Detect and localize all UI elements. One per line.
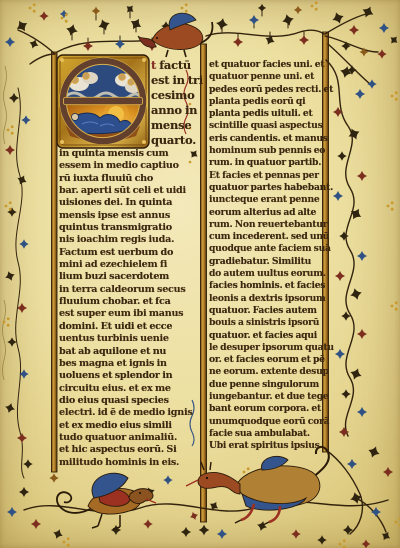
manuscript-text-line: quatuor partes habebant.: [209, 182, 323, 194]
manuscript-text-line: cesimo: [151, 88, 197, 103]
manuscript-text-line: or. et facies eorum et pē: [209, 354, 323, 366]
manuscript-text-line: rum. in quatuor partib.: [209, 157, 323, 169]
manuscript-text-line: due penne singulorum: [209, 379, 323, 391]
figure-head: [72, 114, 79, 121]
manuscript-text-line: bant eorum corpora. et: [209, 403, 323, 415]
manuscript-text-line: bat ab aquilone et nu: [59, 346, 197, 358]
left-border-vine: [3, 88, 33, 478]
manuscript-text-line: t factū: [151, 58, 197, 73]
left-column-bar: [52, 52, 58, 472]
manuscript-text-line: uentus turbinis uenie: [59, 333, 197, 345]
manuscript-text-line: bar. aperti sūt celi et uidi: [59, 185, 197, 197]
right-border-vine: [326, 60, 398, 437]
manuscript-text-line: rum. Non reuertebantur: [209, 219, 323, 231]
manuscript-text-line: iuncteque erant penne: [209, 194, 323, 206]
manuscript-page: E t factūest in tricesimoanno inmensequa…: [0, 0, 400, 548]
manuscript-text-line: uoluens et splendor in: [59, 370, 197, 382]
manuscript-text-line: planta pedis eorū qi: [209, 96, 323, 108]
manuscript-text-line: est super eum ibi manus: [59, 308, 197, 320]
right-column-bar: [323, 32, 329, 452]
bottom-left-dragon: [57, 473, 156, 529]
manuscript-text-line: et ex medio eius simili: [59, 420, 197, 432]
manuscript-text-line: quodque ante faciem suā: [209, 243, 323, 255]
manuscript-text-line: facie sua ambulabat.: [209, 428, 323, 440]
manuscript-text-line: in terra caldeorum secus: [59, 284, 197, 296]
manuscript-text-line: est in tri: [151, 73, 197, 88]
manuscript-text-line: uisiones dei. In quinta: [59, 197, 197, 209]
manuscript-text-line: tudo quatuor animaliū.: [59, 432, 197, 444]
manuscript-text-line: lium buzi sacerdotem: [59, 271, 197, 283]
manuscript-text-line: bouis a sinistris ipsorū: [209, 317, 323, 329]
manuscript-text-line: fluuium chobar. et fca: [59, 296, 197, 308]
manuscript-text-line: mini ad ezechielem fi: [59, 259, 197, 271]
bottom-right-dragon: [186, 447, 329, 525]
manuscript-text-line: et hic aspectus eorū. Si: [59, 444, 197, 456]
column1-opening-lines: t factūest in tricesimoanno inmensequart…: [151, 58, 197, 149]
manuscript-text-line: Factum est uerbum do: [59, 247, 197, 259]
manuscript-text-line: hominum sub pennis eo: [209, 145, 323, 157]
bottom-right-corner-vine: [326, 444, 400, 548]
manuscript-text-line: circuitu eius. et ex me: [59, 383, 197, 395]
manuscript-text-line: Ubi erat spiritus ipsius.: [209, 440, 323, 452]
manuscript-text-line: gradiebatur. Similitu: [209, 256, 323, 268]
manuscript-text-line: in quinta mensis cum: [59, 148, 197, 160]
manuscript-text-line: nis ioachim regis iuda.: [59, 234, 197, 246]
manuscript-text-line: mensis ipse est annus: [59, 210, 197, 222]
manuscript-text-line: et quatuor facies uni. et: [209, 59, 323, 71]
manuscript-text-line: cum incederent. sed unū: [209, 231, 323, 243]
manuscript-text-line: quarto.: [151, 133, 197, 148]
manuscript-text-line: rū iuxta fluuiū chо: [59, 173, 197, 185]
manuscript-text-line: Et facies et pennas per: [209, 170, 323, 182]
manuscript-text-line: anno in: [151, 103, 197, 118]
manuscript-text-line: eris candentis. et manus: [209, 133, 323, 145]
manuscript-text-line: le desuper ipsorum quatu: [209, 342, 323, 354]
illuminated-initial-E: [57, 55, 149, 148]
initial-letter-crossbar: [64, 97, 143, 104]
top-right-corner-vine: [325, 4, 400, 101]
manuscript-text-line: quatuor penne uni. et: [209, 71, 323, 83]
manuscript-text-line: domini. Et uidi et ecce: [59, 321, 197, 333]
manuscript-text-line: pedes eorū pedes recti. et: [209, 84, 323, 96]
bottom-border-vine: [7, 467, 388, 546]
manuscript-text-line: electri. id ē de medio ignis: [59, 407, 197, 419]
manuscript-text-line: quatuor. et facies aqui: [209, 330, 323, 342]
center-column-bar: [201, 44, 207, 522]
manuscript-text-line: militudo hominis in eis.: [59, 457, 197, 469]
manuscript-text-line: essem in medio captiuo: [59, 160, 197, 172]
manuscript-text-line: planta pedis uituli. et: [209, 108, 323, 120]
manuscript-text-line: quatuor. Facies autem: [209, 305, 323, 317]
manuscript-text-line: eorum alterius ad alte: [209, 207, 323, 219]
manuscript-text-line: leonis a dextris ipsorum: [209, 293, 323, 305]
manuscript-text-line: mense: [151, 118, 197, 133]
column1-text: in quinta mensis cumessem in medio capti…: [59, 148, 197, 469]
manuscript-text-line: dio eius quasi species: [59, 395, 197, 407]
manuscript-text-line: iungebantur. et due tege: [209, 391, 323, 403]
manuscript-text-line: bes magna et ignis in: [59, 358, 197, 370]
column2-text: et quatuor facies uni. etquatuor penne u…: [209, 59, 323, 453]
manuscript-text-line: unumquodque eorū corā: [209, 416, 323, 428]
manuscript-text-line: scintille quasi aspectus: [209, 120, 323, 132]
manuscript-text-line: do autem uultus eorum.: [209, 268, 323, 280]
marginal-pen-squiggles: [3, 66, 7, 380]
manuscript-text-line: ne eorum. extente desup: [209, 366, 323, 378]
manuscript-text-line: facies hominis. et facies: [209, 280, 323, 292]
manuscript-text-line: quintus transmigratio: [59, 222, 197, 234]
